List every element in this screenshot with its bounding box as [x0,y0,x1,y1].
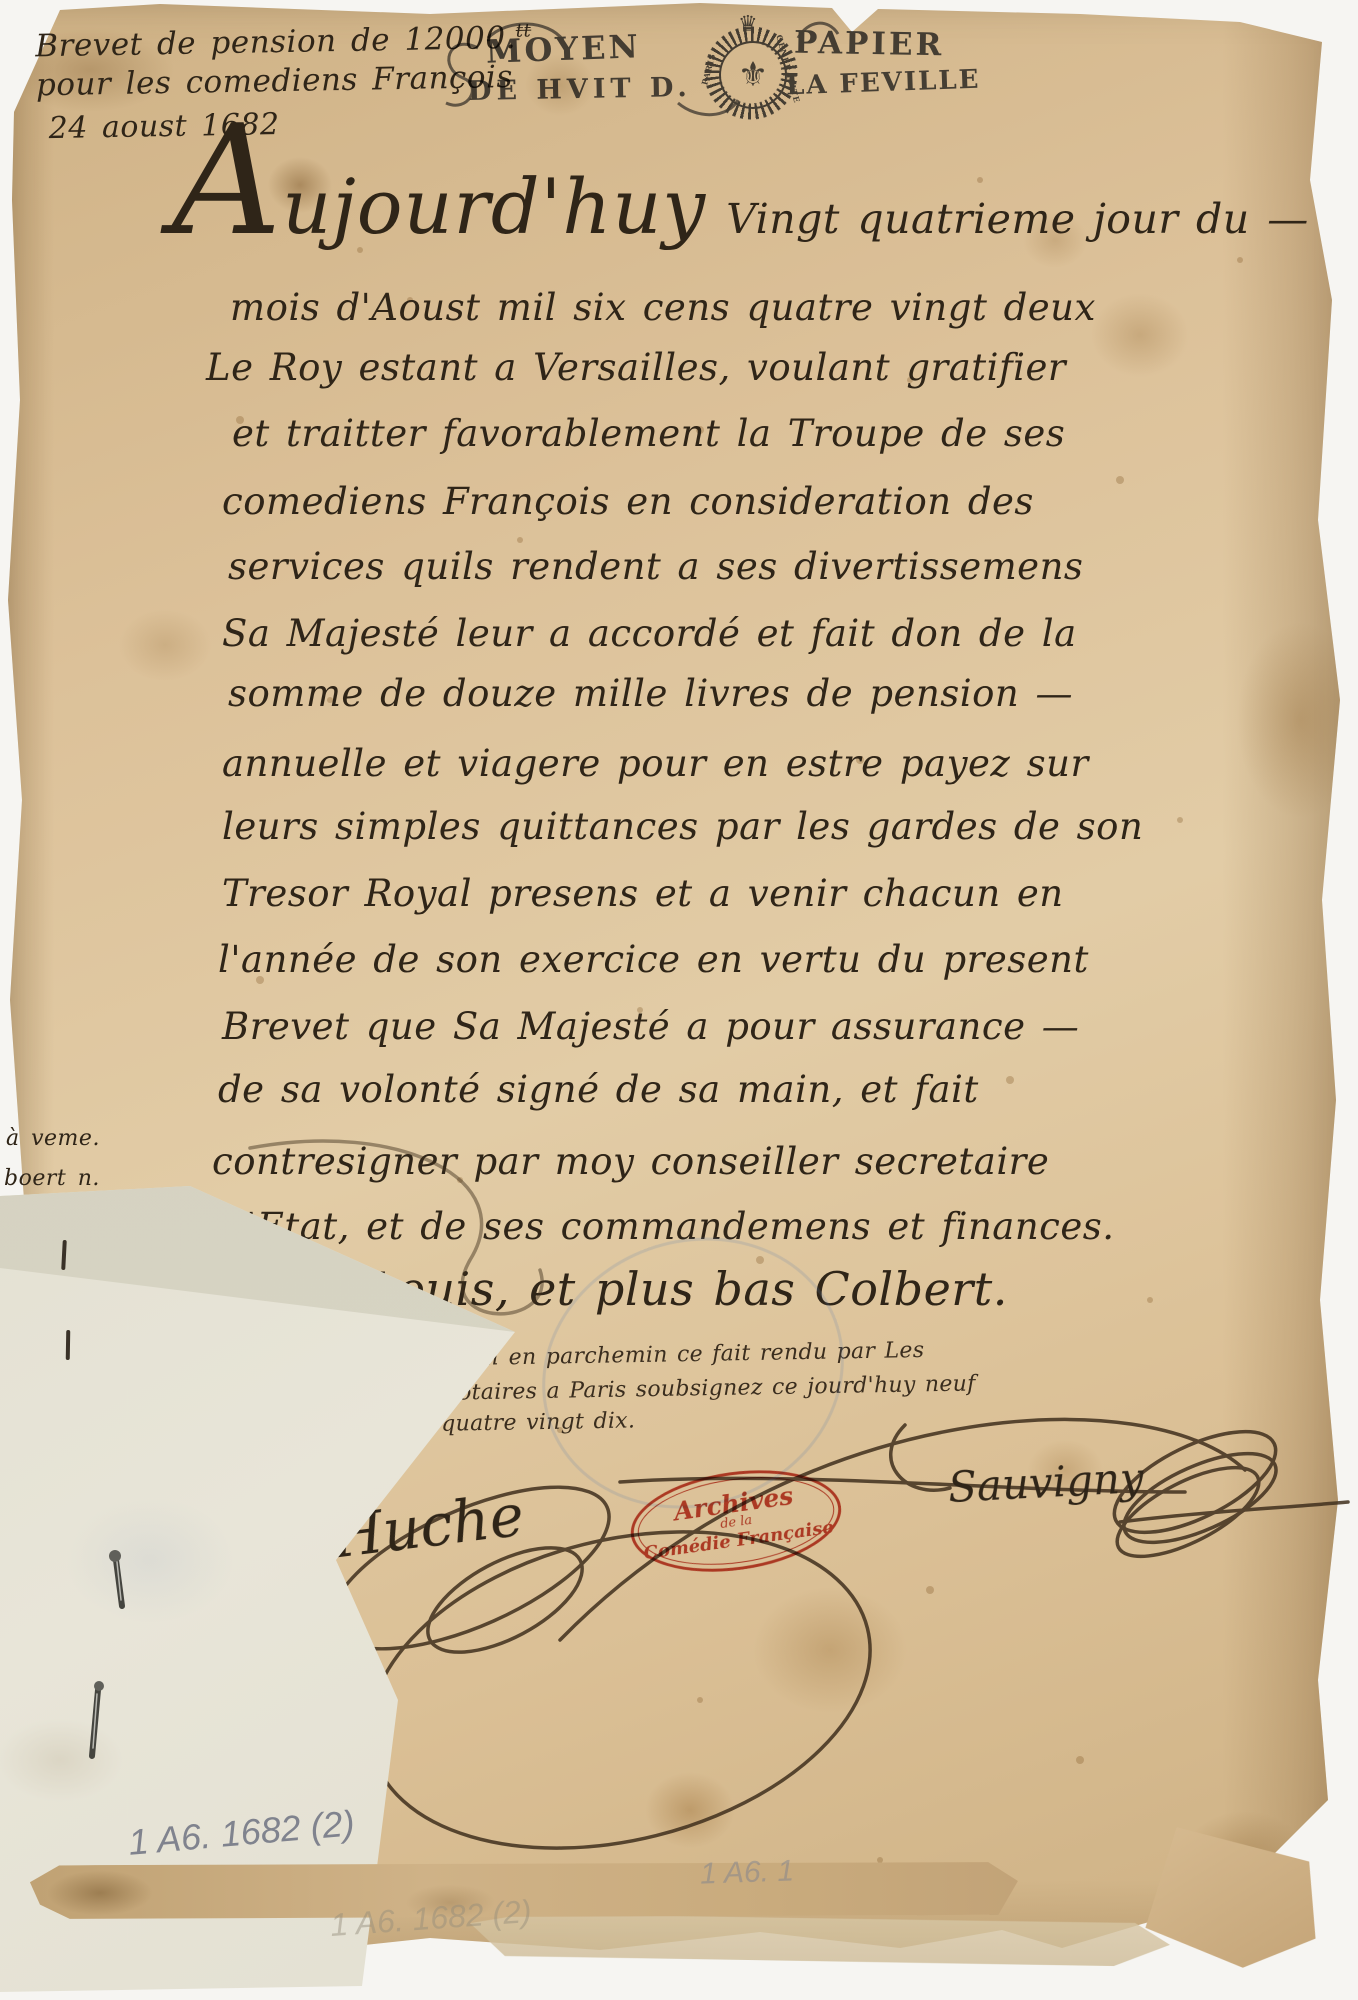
crown-icon: ♛ [738,12,758,37]
manuscript-line: et traitter favorablement la Troupe de s… [232,412,1065,455]
illuminated-initial: A [172,128,282,234]
manuscript-opening-line: Aujourd'huy Vingt quatrieme jour du — [172,128,1309,251]
stamp-medallion: ♛ ⚜ PARIS GENERALITE [704,26,798,120]
manuscript-line: annuelle et viagere pour en estre payez … [222,742,1089,785]
manuscript-line: de sa volonté signé de sa main, et fait [218,1068,979,1111]
scanned-manuscript: Brevet de pension de 12000.tt pour les c… [0,0,1358,2000]
pencil-catalog-number-faint: 1 A6. 1 [699,1854,794,1891]
stamp-word-moyen: MOYEN [485,27,641,70]
ink-tick-mark [66,1330,71,1360]
opening-word: ujourd'huy [282,162,706,251]
manuscript-line: Tresor Royal presens et a venir chacun e… [222,872,1064,915]
fleur-de-lis-icon: ⚜ [719,41,787,109]
manuscript-line: somme de douze mille livres de pension — [228,672,1073,715]
manuscript-line: services quils rendent a ses divertissem… [228,545,1083,588]
stamp-word-huit: DE HVIT D. [468,72,692,107]
manuscript-line: Brevet que Sa Majesté a pour assurance — [222,1005,1079,1048]
manuscript-line: Sa Majesté leur a accordé et fait don de… [222,612,1077,655]
signature-sauvigny: Sauvigny [947,1453,1145,1512]
stamp-word-papier: PAPIER [794,25,945,64]
manuscript-line: comediens François en consideration des [222,480,1034,523]
manuscript-line: contresigner par moy conseiller secretai… [212,1140,1049,1183]
manuscript-line: leurs simples quittances par les gardes … [222,805,1143,848]
manuscript-line: l'année de son exercice en vertu du pres… [218,938,1089,981]
opening-line-rest: Vingt quatrieme jour du — [726,195,1309,243]
tax-stamp: MOYEN DE HVIT D. PAPIER LA FEVILLE ♛ ⚜ P… [428,8,940,126]
manuscript-line: mois d'Aoust mil six cens quatre vingt d… [230,286,1096,329]
margin-note: boert n. [4,1166,100,1191]
margin-note: à veme. [6,1126,100,1151]
manuscript-line: Le Roy estant a Versailles, voulant grat… [206,346,1066,389]
